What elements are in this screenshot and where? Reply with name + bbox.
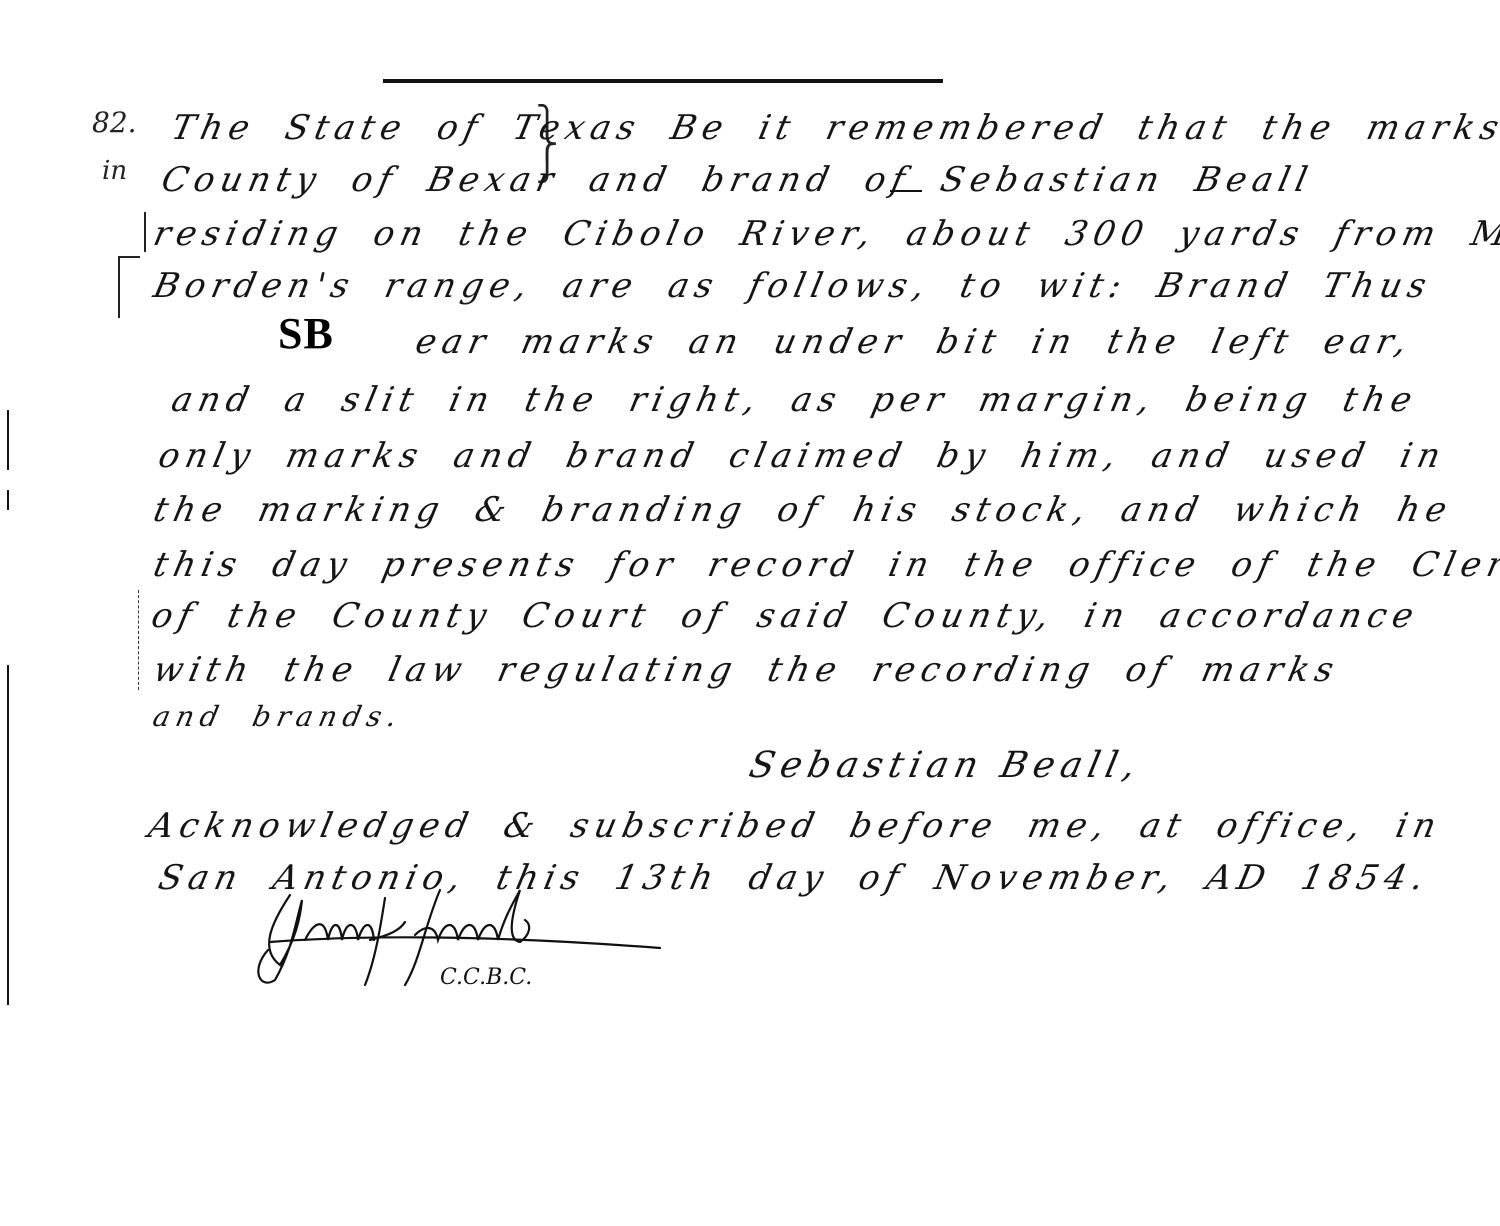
name-underline (890, 190, 922, 192)
document-line-11: with the law regulating the recording of… (150, 650, 1343, 690)
document-line-12: and brands. (150, 700, 406, 733)
document-line-1: The State of Texas Be it remembered that… (168, 108, 1500, 148)
document-line-2: County of Bexar and brand of Sebastian B… (158, 160, 1317, 200)
document-line-10: of the County Court of said County, in a… (148, 596, 1423, 636)
left-margin-rule (7, 410, 9, 470)
document-line-4: Borden's range, are as follows, to wit: … (150, 266, 1436, 306)
left-margin-rule (7, 490, 9, 510)
document-line-8: the marking & branding of his stock, and… (150, 490, 1456, 530)
margin-bracket (118, 256, 140, 318)
brand-mark: SB (278, 308, 334, 359)
document-line-5: ear marks an under bit in the left ear, (412, 322, 1416, 362)
registrant-signature: Sebastian Beall, (746, 745, 1145, 786)
margin-bracket (144, 212, 146, 252)
document-line-7: only marks and brand claimed by him, and… (155, 436, 1450, 476)
document-line-9: this day presents for record in the offi… (150, 545, 1500, 585)
left-margin-rule (7, 665, 9, 1005)
record-number: 82. (92, 106, 137, 139)
margin-bracket (138, 590, 139, 690)
document-page: 82. in ⎫⎬⎭ The State of Texas Be it reme… (0, 0, 1500, 1226)
margin-note: in (102, 156, 127, 186)
document-line-3: residing on the Cibolo River, about 300 … (150, 214, 1500, 254)
acknowledgement-line-1: Acknowledged & subscribed before me, at … (145, 806, 1446, 846)
document-line-6: and a slit in the right, as per margin, … (168, 380, 1421, 420)
top-divider-rule (383, 79, 943, 83)
clerk-signature: C.C.B.C. (240, 880, 680, 990)
clerk-signature-suffix: C.C.B.C. (440, 965, 532, 990)
